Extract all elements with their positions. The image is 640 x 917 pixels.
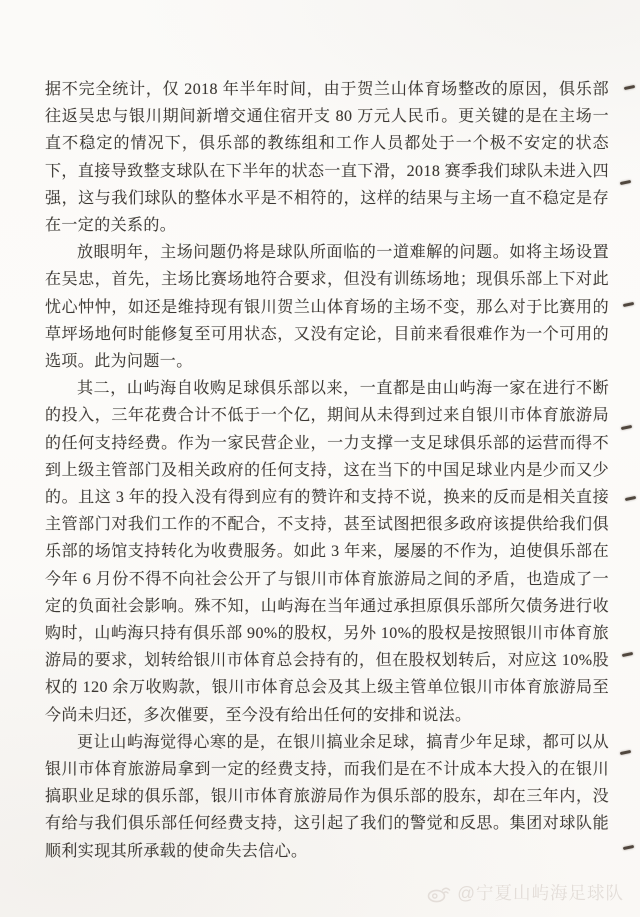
watermark: @宁夏山屿海足球队 — [427, 880, 624, 905]
paragraph-continuation: 据不完全统计，仅 2018 年半年时间，由于贺兰山体育场整改的原因，俱乐部往返吴… — [45, 76, 609, 239]
paragraph-next-year-home-ground: 放眼明年，主场问题仍将是球队所面临的一道难解的问题。如将主场设置在吴忠，首先，主… — [45, 239, 609, 375]
binding-mark — [622, 652, 633, 657]
weibo-icon — [427, 883, 451, 903]
binding-mark — [620, 180, 631, 185]
binding-mark — [621, 425, 632, 430]
paragraph-disappointment: 更让山屿海觉得心寒的是，在银川搞业余足球，搞青少年足球，都可以从银川市体育旅游局… — [45, 729, 609, 865]
binding-mark — [620, 750, 631, 755]
scanned-document-page: 据不完全统计，仅 2018 年半年时间，由于贺兰山体育场整改的原因，俱乐部往返吴… — [0, 0, 640, 917]
binding-mark — [623, 302, 634, 307]
binding-mark — [625, 496, 636, 501]
binding-mark — [624, 85, 635, 90]
binding-mark — [623, 845, 634, 850]
paragraph-investment-and-equity: 其二，山屿海自收购足球俱乐部以来，一直都是由山屿海一家在进行不断的投入，三年花费… — [45, 375, 609, 729]
document-body: 据不完全统计，仅 2018 年半年时间，由于贺兰山体育场整改的原因，俱乐部往返吴… — [45, 76, 609, 865]
watermark-handle: @宁夏山屿海足球队 — [457, 880, 624, 905]
